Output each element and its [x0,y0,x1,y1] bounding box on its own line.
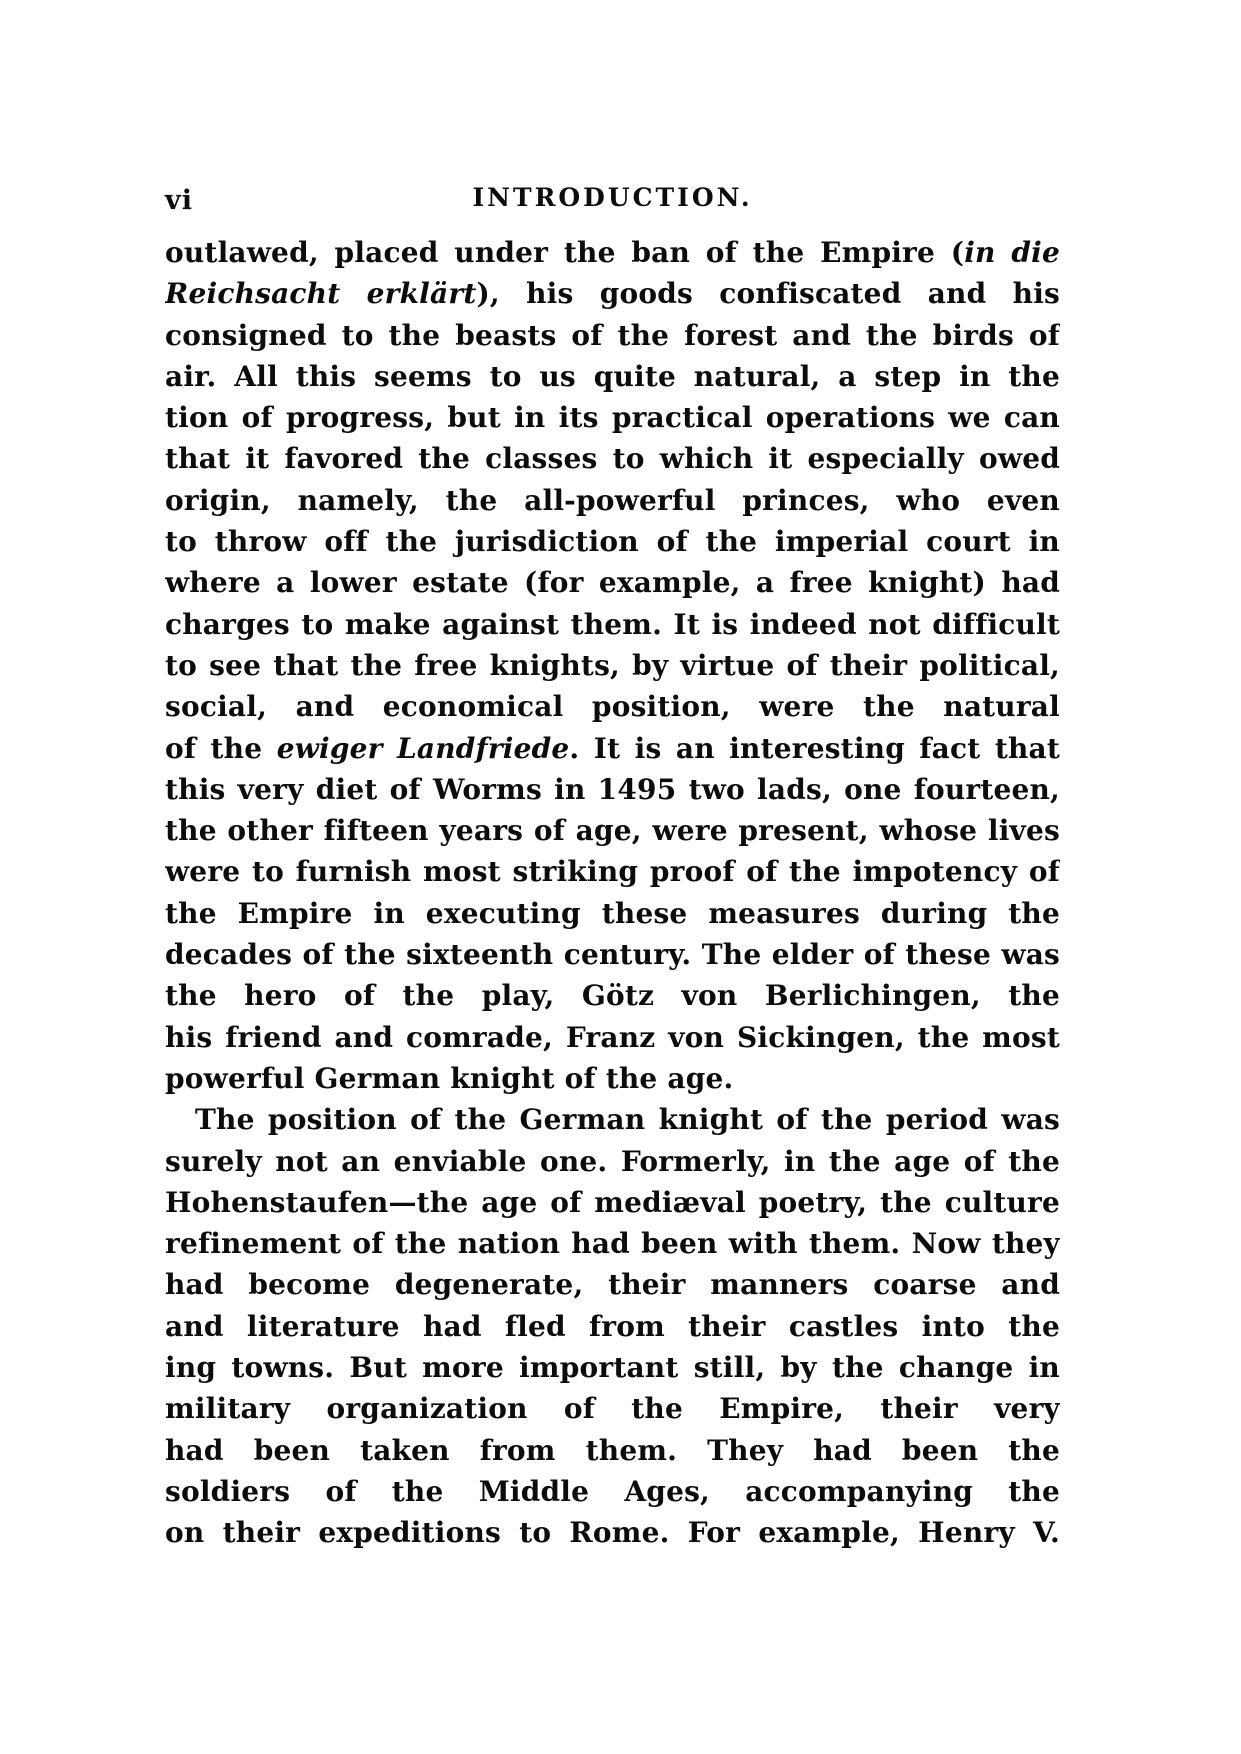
text-segment: of the [165,732,277,765]
text-segment: surely not an enviable one. Formerly, in… [165,1145,1060,1178]
text-segment: where a lower estate (for example, a fre… [165,566,1060,599]
text-line: soldiers of the Middle Ages, accompanyin… [165,1471,1060,1512]
text-segment: The position of the German knight of the… [195,1103,1060,1136]
text-line: air. All this seems to us quite natural,… [165,356,1060,397]
text-segment: consigned to the beasts of the forest an… [165,319,1060,356]
scanned-book-page: vi INTRODUCTION. outlawed, placed under … [0,0,1241,1754]
text-line: on their expeditions to Rome. For exampl… [165,1512,1060,1553]
text-segment: that it favored the classes to which it … [165,442,1060,479]
page-header: vi INTRODUCTION. [165,183,1060,217]
text-line: of the ewiger Landfriede. It is an inter… [165,728,1060,769]
text-segment: this very diet of Worms in 1495 two lads… [165,773,1060,806]
text-line: decades of the sixteenth century. The el… [165,934,1060,975]
page-number: vi [165,185,193,216]
italic-text-segment: ewiger Landfriede [277,732,570,765]
text-segment: had become degenerate, their manners coa… [165,1268,1060,1305]
text-segment: Hohenstaufen—the age of mediæval poetry,… [165,1186,1060,1223]
text-segment: were to furnish most striking proof of t… [165,855,1060,888]
running-title: INTRODUCTION. [165,183,1060,212]
text-segment: tion of progress, but in its practical o… [165,401,1060,438]
text-line: charges to make against them. It is inde… [165,604,1060,645]
text-line: surely not an enviable one. Formerly, in… [165,1141,1060,1182]
text-segment: to throw off the jurisdiction of the imp… [165,525,1060,562]
text-line: that it favored the classes to which it … [165,438,1060,479]
text-segment: and literature had fled from their castl… [165,1310,1060,1347]
text-line: The position of the German knight of the… [165,1099,1060,1140]
text-segment: his friend and comrade, Franz von Sickin… [165,1021,1060,1054]
text-line: had been taken from them. They had been … [165,1430,1060,1471]
text-segment: had been taken from them. They had been … [165,1434,1060,1471]
text-line: this very diet of Worms in 1495 two lads… [165,769,1060,810]
text-segment: outlawed, placed under the ban of the Em… [165,236,964,269]
text-line: and literature had fled from their castl… [165,1306,1060,1347]
text-segment: on their expeditions to Rome. For exampl… [165,1516,1060,1549]
text-line: were to furnish most striking proof of t… [165,851,1060,892]
text-line: the Empire in executing these measures d… [165,893,1060,934]
text-segment: air. All this seems to us quite natural,… [165,360,1060,397]
text-line: had become degenerate, their manners coa… [165,1264,1060,1305]
text-line: ing towns. But more important still, by … [165,1347,1060,1388]
text-segment: soldiers of the Middle Ages, accompanyin… [165,1475,1060,1512]
text-segment: to see that the free knights, by virtue … [165,649,1060,682]
text-line: to see that the free knights, by virtue … [165,645,1060,686]
text-segment: charges to make against them. It is inde… [165,608,1060,641]
text-line: refinement of the nation had been with t… [165,1223,1060,1264]
text-segment: the other fifteen years of age, were pre… [165,814,1060,847]
text-segment: refinement of the nation had been with t… [165,1227,1060,1260]
text-segment: ing towns. But more important still, by … [165,1351,1060,1388]
text-segment: military organization of the Empire, the… [165,1392,1060,1429]
text-line: where a lower estate (for example, a fre… [165,562,1060,603]
text-line: outlawed, placed under the ban of the Em… [165,232,1060,273]
text-line: powerful German knight of the age. [165,1058,1060,1099]
text-line: military organization of the Empire, the… [165,1388,1060,1429]
text-segment: the hero of the play, Götz von Berlichin… [165,979,1060,1016]
text-line: social, and economical position, were th… [165,686,1060,727]
page-body: outlawed, placed under the ban of the Em… [165,232,1060,1554]
text-line: the other fifteen years of age, were pre… [165,810,1060,851]
text-line: origin, namely, the all-powerful princes… [165,480,1060,521]
text-line: Reichsacht erklärt), his goods confiscat… [165,273,1060,314]
text-line: the hero of the play, Götz von Berlichin… [165,975,1060,1016]
text-segment: origin, namely, the all-powerful princes… [165,484,1060,521]
text-segment: social, and economical position, were th… [165,690,1060,727]
text-segment: powerful German knight of the age. [165,1062,733,1095]
text-line: consigned to the beasts of the forest an… [165,315,1060,356]
text-segment: the Empire in executing these measures d… [165,897,1060,934]
text-line: his friend and comrade, Franz von Sickin… [165,1017,1060,1058]
text-line: to throw off the jurisdiction of the imp… [165,521,1060,562]
text-line: tion of progress, but in its practical o… [165,397,1060,438]
italic-text-segment: Reichsacht erklärt [165,277,476,310]
italic-text-segment: in die [964,236,1060,269]
text-segment: decades of the sixteenth century. The el… [165,938,1060,971]
text-line: Hohenstaufen—the age of mediæval poetry,… [165,1182,1060,1223]
